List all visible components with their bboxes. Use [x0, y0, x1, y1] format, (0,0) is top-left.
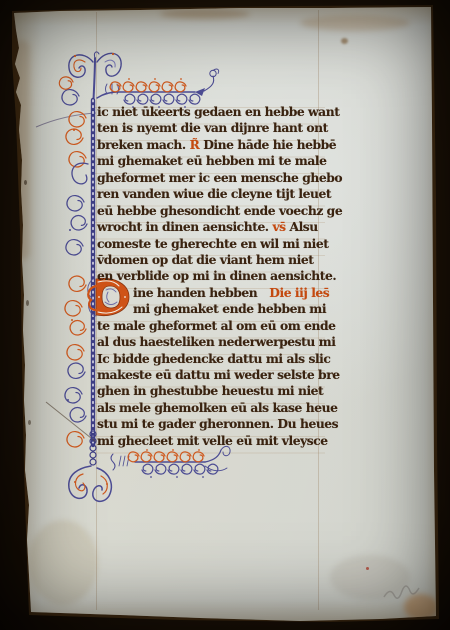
rubric-text: Die iij les̄ [269, 285, 329, 300]
hairline-flourish [30, 103, 100, 137]
body-text: al dus haesteliken nederwerpestu mi [97, 334, 335, 349]
text-line: ic niet ūkeerts gedaen en hebbe want [97, 104, 329, 120]
text-line: stu mi te gader gheronnen. Du heues [97, 416, 329, 432]
text-line: ten is nyemt die van dijnre hant ont [97, 120, 329, 136]
body-text: v̄domen op dat die viant hem niet [97, 252, 313, 267]
text-line: gheformet mer ic een mensche ghebo [97, 170, 329, 186]
text-line: comeste te gherechte en wil mi niet [97, 236, 329, 252]
body-text: mi ghecleet mit velle eū mit vleysce [97, 433, 328, 448]
text-line: en verblide op mi in dinen aensichte. [97, 268, 329, 284]
text-line: ghen in ghestubbe heuestu mi niet [97, 383, 329, 399]
red-speck [366, 567, 369, 570]
body-text: ten is nyemt die van dijnre hant ont [97, 120, 328, 135]
text-line: makeste eū dattu mi weder selste bre [97, 367, 329, 383]
edge-speck [28, 420, 31, 425]
manuscript-photo: D [0, 0, 450, 630]
body-text: eū hebbe ghesondicht ende voechz ge [97, 203, 342, 218]
text-line: te male gheformet al om eū om ende [97, 318, 329, 334]
body-text: stu mi te gader gheronnen. Du heues [97, 416, 338, 431]
text-line: breken mach. R̃ Dine hāde hie hebbē [97, 137, 329, 153]
initial-letter-data: D [44, 359, 49, 366]
stain [330, 555, 410, 600]
text-line: ren vanden wiue die cleyne tijt leuet [97, 186, 329, 202]
parchment-leaf: D [0, 0, 450, 630]
stain [300, 15, 410, 31]
body-text: ic niet ūkeerts gedaen en hebbe want [97, 104, 339, 119]
body-text: te male gheformet al om eū om ende [97, 318, 336, 333]
text-line: wrocht in dinen aensichte. vs̄ Alsu [97, 219, 329, 235]
edge-speck [26, 300, 29, 306]
body-text: makeste eū dattu mi weder selste bre [97, 367, 340, 382]
stain [160, 9, 250, 19]
manuscript-text-block: ic niet ūkeerts gedaen en hebbe wantten … [97, 104, 329, 449]
body-text: comeste te gherechte en wil mi niet [97, 236, 328, 251]
body-text: ghen in ghestubbe heuestu mi niet [97, 383, 323, 398]
text-line: Ic bidde ghedencke dattu mi als slic [97, 351, 329, 367]
rubric-text: vs̄ [272, 219, 289, 234]
body-text: wrocht in dinen aensichte. [97, 219, 272, 234]
body-text: en verblide op mi in dinen aensichte. [97, 268, 336, 283]
body-text: als mele ghemolken eū als kase heue [97, 400, 337, 415]
body-text: Dine hāde hie hebbē [203, 137, 336, 152]
hairline-stroke [40, 396, 102, 448]
body-text: gheformet mer ic een mensche ghebo [97, 170, 342, 185]
faint-pencil-mark [380, 575, 430, 605]
body-text: breken mach. [97, 137, 190, 152]
body-text: mi ghemaket eū hebben mi te male [97, 153, 326, 168]
text-line: mi ghecleet mit velle eū mit vleysce [97, 433, 329, 449]
body-text: ine handen hebben [133, 285, 257, 300]
text-line: eū hebbe ghesondicht ende voechz ge [97, 203, 329, 219]
body-text: Ic bidde ghedencke dattu mi als slic [97, 351, 330, 366]
stain [341, 38, 348, 44]
body-text: Alsu [289, 219, 317, 234]
stain [404, 594, 438, 620]
rubric-text: R̃ [190, 137, 204, 152]
text-line: mi ghemaket ende hebben mi [97, 301, 329, 317]
stain [28, 520, 98, 605]
text-line: al dus haesteliken nederwerpestu mi [97, 334, 329, 350]
body-text: mi ghemaket ende hebben mi [133, 301, 326, 316]
text-line: als mele ghemolken eū als kase heue [97, 400, 329, 416]
edge-speck [24, 180, 27, 185]
text-line: ine handen hebbenDie iij les̄ [97, 285, 329, 301]
body-text: ren vanden wiue die cleyne tijt leuet [97, 186, 331, 201]
text-line: v̄domen op dat die viant hem niet [97, 252, 329, 268]
text-line: mi ghemaket eū hebben mi te male [97, 153, 329, 169]
